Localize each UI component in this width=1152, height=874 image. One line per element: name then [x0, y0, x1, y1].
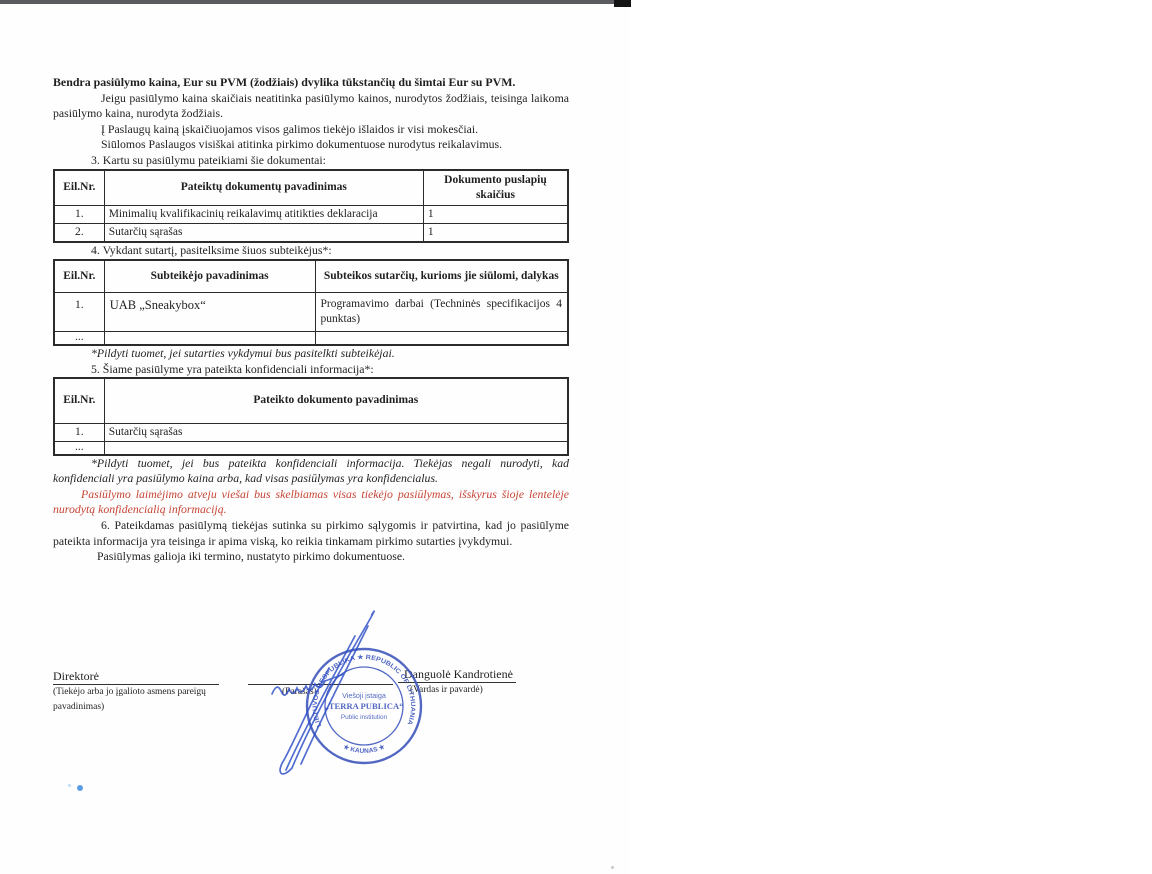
confidential-table: Eil.Nr. Pateikto dokumento pavadinimas 1… [53, 377, 569, 455]
document-body: Bendra pasiūlymo kaina, Eur su PVM (žodž… [53, 75, 569, 565]
table-row: 1. Minimalių kvalifikacinių reikalavimų … [54, 205, 568, 223]
col-header-subcontractor: Subteikėjo pavadinimas [104, 260, 315, 293]
section3-heading: 3. Kartu su pasiūlymu pateikiami šie dok… [53, 153, 569, 169]
section6-paragraph: 6. Pateikdamas pasiūlymą tiekėjas sutink… [53, 518, 569, 549]
col-header-subject: Subteikos sutarčių, kurioms jie siūlomi,… [315, 260, 568, 293]
cell-doc-name: Sutarčių sąrašas [104, 224, 423, 243]
scan-dust-speck [611, 866, 614, 869]
signature-left-column: Direktorė (Tiekėjo arba jo įgalioto asme… [53, 670, 219, 714]
cell-number: 1. [54, 292, 104, 331]
blue-ink-speck-small [68, 784, 71, 787]
cell-empty [104, 332, 315, 346]
cell-number: 2. [54, 224, 104, 243]
table-header-row: Eil.Nr. Pateikto dokumento pavadinimas [54, 378, 568, 423]
signature-left-caption: (Tiekėjo arba jo įgalioto asmens pareigų… [53, 685, 219, 714]
caption-text: (Tiekėjo arba jo įgalioto asmens pareigų [53, 687, 206, 697]
cell-doc-name: Sutarčių sąrašas [104, 423, 568, 441]
cell-subcontractor-name: UAB „Sneakybox“ [104, 292, 315, 331]
signatory-position: Direktorė [53, 670, 219, 683]
subcontractors-table: Eil.Nr. Subteikėjo pavadinimas Subteikos… [53, 259, 569, 347]
table-row: ... [54, 332, 568, 346]
cell-number: ... [54, 441, 104, 455]
cell-empty [104, 441, 568, 455]
paragraph-costs-included: Į Paslaugų kainą įskaičiuojamos visos ga… [53, 122, 569, 138]
scan-corner-artifact [614, 0, 631, 7]
scan-edge-artifact [0, 0, 630, 4]
paragraph-requirements: Siūlomos Paslaugos visiškai atitinka pir… [53, 137, 569, 153]
table-header-row: Eil.Nr. Pateiktų dokumentų pavadinimas D… [54, 170, 568, 206]
caption-text: pavadinimas) [53, 702, 104, 712]
table-row: 1. Sutarčių sąrašas [54, 423, 568, 441]
cell-page-count: 1 [423, 205, 568, 223]
table-row: 2. Sutarčių sąrašas 1 [54, 224, 568, 243]
cell-page-count: 1 [423, 224, 568, 243]
cell-number: 1. [54, 423, 104, 441]
cell-empty [315, 332, 568, 346]
handwritten-signature [255, 610, 420, 785]
col-header-doc-name: Pateiktų dokumentų pavadinimas [104, 170, 423, 206]
cell-number: 1. [54, 205, 104, 223]
col-header-eilnr: Eil.Nr. [54, 378, 104, 423]
validity-line: Pasiūlymas galioja iki termino, nustatyt… [53, 549, 569, 565]
table-header-row: Eil.Nr. Subteikėjo pavadinimas Subteikos… [54, 260, 568, 293]
documents-table: Eil.Nr. Pateiktų dokumentų pavadinimas D… [53, 169, 569, 244]
col-header-eilnr: Eil.Nr. [54, 260, 104, 293]
cell-subject: Programavimo darbai (Techninės specifika… [315, 292, 568, 331]
cell-doc-name: Minimalių kvalifikacinių reikalavimų ati… [104, 205, 423, 223]
scanned-document-page: Bendra pasiūlymo kaina, Eur su PVM (žodž… [0, 0, 630, 874]
table-row: 1. UAB „Sneakybox“ Programavimo darbai (… [54, 292, 568, 331]
section5-footnote: *Pildyti tuomet, jei bus pateikta konfid… [53, 456, 569, 487]
section4-heading: 4. Vykdant sutartį, pasitelksime šiuos s… [53, 243, 569, 259]
confidentiality-red-note: Pasiūlymo laimėjimo atveju viešai bus sk… [53, 487, 569, 518]
cell-number: ... [54, 332, 104, 346]
total-price-line: Bendra pasiūlymo kaina, Eur su PVM (žodž… [53, 75, 569, 91]
col-header-eilnr: Eil.Nr. [54, 170, 104, 206]
blue-ink-speck [77, 785, 83, 791]
section5-heading: 5. Šiame pasiūlyme yra pateikta konfiden… [53, 362, 569, 378]
col-header-doc-name: Pateikto dokumento pavadinimas [104, 378, 568, 423]
section4-footnote: *Pildyti tuomet, jei sutarties vykdymui … [53, 346, 569, 362]
table-row: ... [54, 441, 568, 455]
col-header-page-count: Dokumento puslapių skaičius [423, 170, 568, 206]
paragraph-price-mismatch: Jeigu pasiūlymo kaina skaičiais neatitin… [53, 91, 569, 122]
